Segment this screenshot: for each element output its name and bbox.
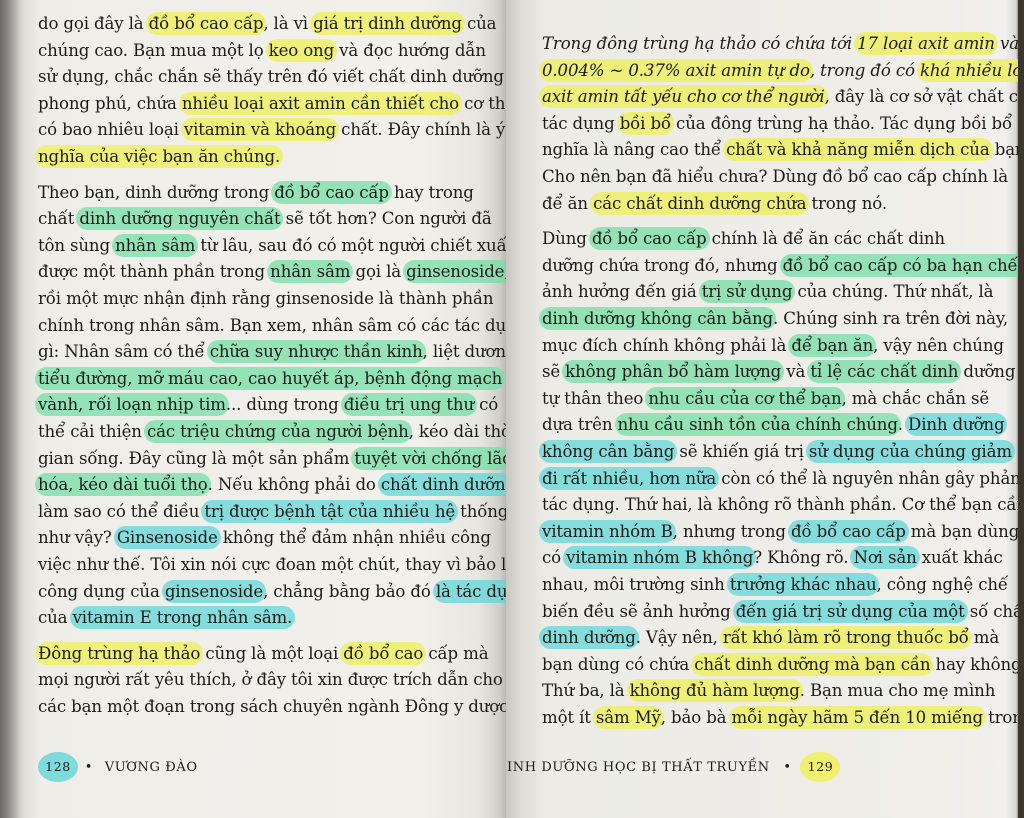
body-text: , bảo bà [661, 708, 732, 727]
body-text: bạn. [990, 140, 1018, 159]
text-line: tác dụng. Thứ hai, là không rõ thành phầ… [542, 495, 1018, 514]
text-line: vành, rối loạn nhịp tim... dùng trong đi… [38, 395, 498, 414]
text-line: một ít sâm Mỹ, bảo bà mỗi ngày hãm 5 đến… [542, 708, 1018, 727]
body-text: của [462, 14, 497, 33]
open-book-spread: 128 • VƯƠNG ĐÀO do gọi đây là đồ bổ cao … [0, 0, 1024, 818]
page-number-128: 128 [38, 752, 78, 782]
text-line: hóa, kéo dài tuổi thọ. Nếu không phải do… [38, 475, 506, 494]
text-line: chúng cao. Bạn mua một lọ keo ong và đọc… [38, 41, 486, 60]
text-line: Thứ ba, là không đủ hàm lượng. Bạn mua c… [542, 681, 995, 700]
highlighted-text: đồ bổ cao cấp [271, 181, 392, 204]
text-line: Cho nên bạn đã hiểu chưa? Dùng đồ bổ cao… [542, 167, 1008, 186]
highlighted-text: sâm Mỹ [593, 706, 664, 729]
body-text: từ lâu, sau đó có một người chiết xuất [195, 236, 506, 255]
body-text: do gọi đây là [38, 14, 149, 33]
highlighted-text: đến giá trị sử dụng của một [733, 600, 968, 623]
body-text: . Chúng sinh ra trên đời này, [773, 309, 1008, 328]
body-text: của [38, 608, 73, 627]
highlighted-text: tiểu đường, mỡ máu cao, cao huyết áp, bệ… [35, 367, 505, 390]
body-text: , đây là cơ sở vật chất cho [825, 87, 1018, 106]
highlighted-text: mỗi ngày hãm 5 đến 10 miếng [729, 706, 986, 729]
text-line: nghĩa là nâng cao thể chất và khả năng m… [542, 140, 1018, 159]
body-text: , nhưng trong [673, 522, 791, 541]
text-line: nhau, môi trường sinh trưởng khác nhau, … [542, 575, 1008, 594]
text-line: mục đích chính không phải là để bạn ăn, … [542, 336, 1004, 355]
body-text: có [474, 395, 498, 414]
body-text: làm sao có thể điều [38, 502, 204, 521]
body-text: mà bạn dùng [906, 522, 1018, 541]
body-text: . Nếu không phải do [208, 475, 381, 494]
text-line: làm sao có thể điều trị được bệnh tật củ… [38, 502, 506, 521]
body-text: ? Không rõ. [753, 548, 853, 567]
body-text: xuất khác [917, 548, 1003, 567]
highlighted-text: axit amin tất yếu cho cơ thể người [539, 85, 828, 108]
text-line: nghĩa của việc bạn ăn chúng. [38, 147, 280, 166]
left-page-footer: 128 • VƯƠNG ĐÀO [38, 752, 198, 782]
text-line: tác dụng bồi bổ của đông trùng hạ thảo. … [542, 114, 1012, 133]
text-line: thể cải thiện các triệu chứng của người … [38, 422, 506, 441]
body-text: nghĩa là nâng cao thể [542, 140, 726, 159]
text-line: gian sống. Đây cũng là một sản phẩm tuyệ… [38, 449, 506, 468]
highlighted-text: vitamin nhóm B [539, 520, 676, 543]
highlighted-text: trị sử dụng [699, 280, 796, 303]
body-text: cấp mà [423, 644, 488, 663]
text-line: của vitamin E trong nhân sâm. [38, 608, 292, 627]
highlighted-text: Nơi sản [850, 546, 919, 569]
body-text: không thể đảm nhận nhiều công [218, 528, 491, 547]
book-title: DINH DƯỠNG HỌC BỊ THẤT TRUYỀN [506, 760, 770, 775]
body-text: Theo bạn, dinh dưỡng trong [38, 183, 274, 202]
text-line: không cân bằng sẽ khiến giá trị sử dụng … [542, 442, 1012, 461]
highlighted-text: chất dinh dưỡng mà bạn cần [691, 653, 933, 676]
body-text: , trong đó có [810, 61, 920, 80]
body-text: và đọc hướng dẫn [334, 41, 486, 60]
text-line: Đông trùng hạ thảo cũng là một loại đồ b… [38, 644, 488, 663]
body-text: ảnh hưởng đến giá [542, 282, 702, 301]
highlighted-text: vitamin nhóm B không [563, 546, 756, 569]
text-line: do gọi đây là đồ bổ cao cấp, là vì giá t… [38, 14, 496, 33]
body-text: sẽ tốt hơn? Con người đã [280, 209, 491, 228]
body-text: công dụng của [38, 582, 165, 601]
body-text: Trong đông trùng hạ thảo có chứa tới [542, 34, 857, 53]
highlighted-text: đi rất nhiều, hơn nữa [539, 467, 719, 490]
highlighted-text: dinh dưỡng không cân bằng [539, 307, 776, 330]
body-text: nhau, môi trường sinh [542, 575, 730, 594]
text-line: đi rất nhiều, hơn nữa còn có thể là nguy… [542, 469, 1018, 488]
text-line: ảnh hưởng đến giá trị sử dụng của chúng.… [542, 282, 993, 301]
text-line: vitamin nhóm B, nhưng trong đồ bổ cao cấ… [542, 522, 1018, 541]
highlighted-text: nhân sâm [267, 260, 353, 283]
body-text: phong phú, chứa [38, 94, 182, 113]
body-text: . Bạn mua cho mẹ mình [800, 681, 996, 700]
body-text: cơ thể, [459, 94, 506, 113]
text-line: bạn dùng có chứa chất dinh dưỡng mà bạn … [542, 655, 1018, 674]
highlighted-text: trị được bệnh tật của nhiều hệ [201, 500, 458, 523]
text-line: có bao nhiêu loại vitamin và khoáng chất… [38, 120, 505, 139]
body-text: rồi một mực nhận định rằng ginsenoside l… [38, 289, 493, 308]
highlighted-text: vitamin và khoáng [181, 118, 339, 141]
highlighted-text: nhu cầu của cơ thể bạn [645, 387, 844, 410]
highlighted-text: đồ bổ cao cấp [589, 227, 710, 250]
highlighted-text: 17 loại axit amin [854, 32, 998, 55]
highlighted-text: không cân bằng [539, 440, 677, 463]
body-text: tác dụng. Thứ hai, là không rõ thành phầ… [542, 495, 1018, 514]
highlighted-text: đồ bổ cao cấp [788, 520, 909, 543]
text-line: biến đều sẽ ảnh hưởng đến giá trị sử dụn… [542, 602, 1018, 621]
text-line: công dụng của ginsenoside, chẳng bằng bả… [38, 582, 506, 601]
body-text: , kéo dài thời [409, 422, 506, 441]
highlighted-text: tuyệt vời chống lão [351, 447, 506, 470]
body-text: gian sống. Đây cũng là một sản phẩm [38, 449, 354, 468]
highlighted-text: rất khó làm rõ trong thuốc bổ [720, 626, 972, 649]
body-text: biến đều sẽ ảnh hưởng [542, 602, 736, 621]
body-text: hay trong [389, 183, 474, 202]
body-text: . Vậy nên, [636, 628, 723, 647]
text-line: Theo bạn, dinh dưỡng trong đồ bổ cao cấp… [38, 183, 474, 202]
body-text: và [995, 34, 1018, 53]
highlighted-text: Ginsenoside [114, 526, 221, 549]
highlighted-text: 0.004% ~ 0.37% axit amin tự do [539, 59, 813, 82]
highlighted-text: khá nhiều loại [917, 59, 1018, 82]
left-page: 128 • VƯƠNG ĐÀO do gọi đây là đồ bổ cao … [0, 0, 506, 818]
footer-separator: • [783, 760, 791, 775]
highlighted-text: nhu cầu sinh tồn của chính chúng [615, 413, 901, 436]
body-text: bạn dùng có chứa [542, 655, 694, 674]
highlighted-text: trưởng khác nhau [727, 573, 880, 596]
highlighted-text: điều trị ung thư [341, 393, 477, 416]
body-text: chất. Đây chính là ý [336, 120, 505, 139]
highlighted-text: chất và khả năng miễn dịch của [723, 138, 992, 161]
page-number-129: 129 [800, 752, 840, 782]
highlighted-text: để bạn ăn [788, 334, 876, 357]
text-line: tôn sùng nhân sâm từ lâu, sau đó có một … [38, 236, 506, 255]
body-text: dưỡng chứa trong đó, nhưng [542, 256, 783, 275]
highlighted-text: hóa, kéo dài tuổi thọ [35, 473, 211, 496]
body-text: tôn sùng [38, 236, 115, 255]
body-text: , mà chắc chắn sẽ [842, 389, 990, 408]
highlighted-text: tỉ lệ các chất dinh [807, 360, 961, 383]
text-line: dưỡng chứa trong đó, nhưng đồ bổ cao cấp… [542, 256, 1018, 275]
highlighted-text: ginsenoside [162, 580, 266, 603]
highlighted-text: vành, rối loạn nhịp tim [35, 393, 229, 416]
body-text: Cho nên bạn đã hiểu chưa? Dùng đồ bổ cao… [542, 167, 1008, 186]
body-text: , công nghệ chế [876, 575, 1007, 594]
body-text: dựa trên [542, 415, 618, 434]
highlighted-text: bồi bổ [617, 112, 674, 135]
body-text: việc như thế. Tôi xin nói cực đoan một c… [38, 555, 506, 574]
highlighted-text: không phân bổ hàm lượng [562, 360, 784, 383]
text-line: sẽ không phân bổ hàm lượng và tỉ lệ các … [542, 362, 1015, 381]
body-text: mọi người rất yêu thích, ở đây tôi xin đ… [38, 670, 503, 689]
text-line: axit amin tất yếu cho cơ thể người, đây … [542, 87, 1018, 106]
text-line: các bạn một đoạn trong sách chuyên ngành… [38, 697, 506, 716]
text-line: sử dụng, chắc chắn sẽ thấy trên đó viết … [38, 67, 504, 86]
body-text: trong [983, 708, 1018, 727]
author-name: VƯƠNG ĐÀO [105, 760, 198, 775]
body-text: sẽ khiến giá trị [674, 442, 809, 461]
body-text: mà [969, 628, 999, 647]
body-text: dưỡng [958, 362, 1015, 381]
highlighted-text: ginsenoside, [403, 260, 506, 283]
body-text: , là vì [263, 14, 313, 33]
body-text: cũng là một loại [200, 644, 343, 663]
text-line: chất dinh dưỡng nguyên chất sẽ tốt hơn? … [38, 209, 492, 228]
body-text: tác dụng [542, 114, 620, 133]
highlighted-text: Dinh dưỡng [905, 413, 1007, 436]
footer-separator: • [85, 760, 93, 775]
text-line: Trong đông trùng hạ thảo có chứa tới 17 … [542, 34, 1018, 53]
body-text: chúng cao. Bạn mua một lọ [38, 41, 269, 60]
highlighted-text: đồ bổ cao cấp có ba hạn chế, [780, 254, 1018, 277]
highlighted-text: nhiều loại axit amin cần thiết cho [179, 92, 462, 115]
body-text: thống [455, 502, 506, 521]
body-text: , vậy nên chúng [873, 336, 1004, 355]
text-line: có vitamin nhóm B không? Không rõ. Nơi s… [542, 548, 1002, 567]
highlighted-text: nhân sâm [112, 234, 198, 257]
highlighted-text: không đủ hàm lượng [627, 679, 803, 702]
body-text: chính trong nhân sâm. Bạn xem, nhân sâm … [38, 316, 506, 335]
body-text: thể cải thiện [38, 422, 147, 441]
body-text: gì: Nhân sâm có thể [38, 342, 210, 361]
text-line: phong phú, chứa nhiều loại axit amin cần… [38, 94, 506, 113]
right-page: DINH DƯỠNG HỌC BỊ THẤT TRUYỀN • 129 Tron… [506, 0, 1018, 818]
body-text: có bao nhiêu loại [38, 120, 184, 139]
text-line: rồi một mực nhận định rằng ginsenoside l… [38, 289, 493, 308]
highlighted-text: nghĩa của việc bạn ăn chúng. [35, 145, 283, 168]
highlighted-text: chất dinh dưỡng, [378, 473, 506, 496]
body-text: chất [38, 209, 79, 228]
highlighted-text: dinh dưỡng [539, 626, 639, 649]
body-text: của chúng. Thứ nhất, là [792, 282, 993, 301]
body-text: tự thân theo [542, 389, 648, 408]
body-text: , chẳng bằng bảo đó [263, 582, 436, 601]
text-line: dinh dưỡng. Vậy nên, rất khó làm rõ tron… [542, 628, 999, 647]
body-text: gọi là [350, 262, 406, 281]
highlighted-text: keo ong [266, 39, 337, 62]
body-text: một ít [542, 708, 596, 727]
body-text: được một thành phần trong [38, 262, 270, 281]
text-line: Dùng đồ bổ cao cấp chính là để ăn các ch… [542, 229, 945, 248]
body-text: ... dùng trong [226, 395, 344, 414]
text-line: dựa trên nhu cầu sinh tồn của chính chún… [542, 415, 1004, 434]
text-line: việc như thế. Tôi xin nói cực đoan một c… [38, 555, 506, 574]
body-text: mục đích chính không phải là [542, 336, 791, 355]
text-line: được một thành phần trong nhân sâm gọi l… [38, 262, 506, 281]
body-text: còn có thể là nguyên nhân gây phản [716, 469, 1018, 488]
body-text: Thứ ba, là [542, 681, 630, 700]
body-text: để ăn [542, 194, 593, 213]
body-text: chính là để ăn các chất dinh [707, 229, 945, 248]
text-line: để ăn các chất dinh dưỡng chứa trong nó. [542, 194, 887, 213]
body-text: Dùng [542, 229, 592, 248]
body-text: các bạn một đoạn trong sách chuyên ngành… [38, 697, 506, 716]
highlighted-text: là tác dụng [433, 580, 506, 603]
highlighted-text: các chất dinh dưỡng chứa [590, 192, 809, 215]
highlighted-text: Đông trùng hạ thảo [35, 642, 203, 665]
text-line: chính trong nhân sâm. Bạn xem, nhân sâm … [38, 316, 506, 335]
body-text: số chất [965, 602, 1018, 621]
highlighted-text: vitamin E trong nhân sâm. [70, 606, 296, 629]
text-line: 0.004% ~ 0.37% axit amin tự do, trong đó… [542, 61, 1018, 80]
body-text: hay không. [930, 655, 1018, 674]
highlighted-text: chữa suy nhược thần kinh [207, 340, 426, 363]
text-line: tiểu đường, mỡ máu cao, cao huyết áp, bệ… [38, 369, 502, 388]
highlighted-text: sử dụng của chúng giảm [806, 440, 1015, 463]
body-text: của đông trùng hạ thảo. Tác dụng bồi bổ [671, 114, 1012, 133]
text-line: mọi người rất yêu thích, ở đây tôi xin đ… [38, 670, 503, 689]
text-line: dinh dưỡng không cân bằng. Chúng sinh ra… [542, 309, 1008, 328]
text-line: tự thân theo nhu cầu của cơ thể bạn, mà … [542, 389, 989, 408]
body-text: và [781, 362, 810, 381]
highlighted-text: các triệu chứng của người bệnh [144, 420, 412, 443]
highlighted-text: đồ bổ cao [340, 642, 426, 665]
body-text: , liệt dương, [423, 342, 506, 361]
body-text: trong nó. [806, 194, 887, 213]
body-text: sử dụng, chắc chắn sẽ thấy trên đó viết … [38, 67, 504, 86]
text-line: như vậy? Ginsenoside không thể đảm nhận … [38, 528, 491, 547]
highlighted-text: giá trị dinh dưỡng [310, 12, 465, 35]
right-page-footer: DINH DƯỠNG HỌC BỊ THẤT TRUYỀN • 129 [506, 752, 840, 782]
highlighted-text: dinh dưỡng nguyên chất [76, 207, 283, 230]
highlighted-text: đồ bổ cao cấp [146, 12, 267, 35]
text-line: gì: Nhân sâm có thể chữa suy nhược thần … [38, 342, 506, 361]
table-edge [1018, 0, 1024, 818]
body-text: như vậy? [38, 528, 117, 547]
